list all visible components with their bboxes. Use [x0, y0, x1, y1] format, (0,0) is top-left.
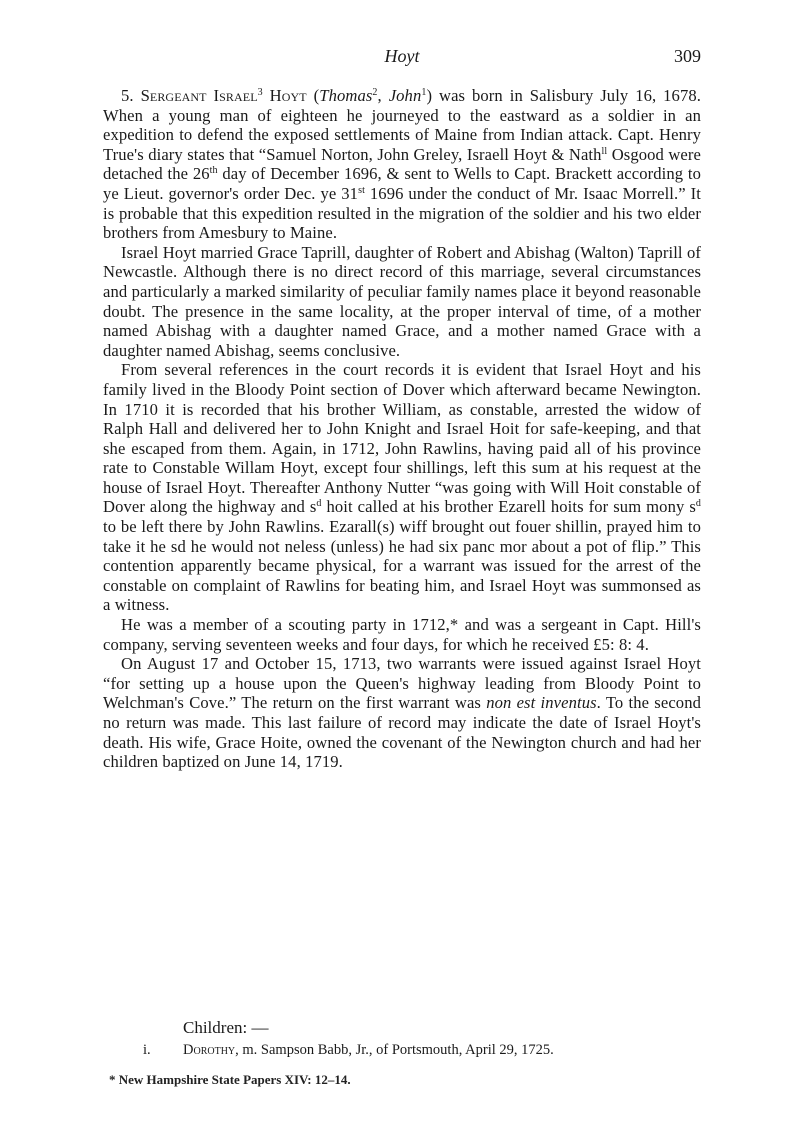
- sup: st: [358, 185, 365, 196]
- sup: th: [210, 165, 218, 176]
- paragraph-warrants: On August 17 and October 15, 1713, two w…: [103, 654, 701, 772]
- entry-rank: Sergeant: [141, 86, 207, 105]
- child-details: , m. Sampson Babb, Jr., of Portsmouth, A…: [235, 1042, 554, 1058]
- running-title: Hoyt: [103, 46, 701, 67]
- running-head: Hoyt 309: [103, 46, 701, 68]
- page-number: 309: [674, 46, 701, 67]
- entry-surname: Hoyt: [270, 86, 307, 105]
- children-heading: Children: —: [183, 1018, 268, 1038]
- lineage-grandfather: John: [389, 86, 422, 105]
- generation-sup: 3: [258, 87, 263, 98]
- entry-number: 5.: [121, 86, 134, 105]
- child-list-item: i.Dorothy, m. Sampson Babb, Jr., of Port…: [143, 1042, 703, 1059]
- text: to be left there by John Rawlins. Ezaral…: [103, 517, 701, 614]
- paragraph-court-records: From several references in the court rec…: [103, 360, 701, 615]
- paragraph-military: He was a member of a scouting party in 1…: [103, 615, 701, 654]
- lineage-father: Thomas: [319, 86, 372, 105]
- generation-sup: 2: [372, 87, 377, 98]
- footnote: * New Hampshire State Papers XIV: 12–14.: [109, 1072, 351, 1088]
- latin-phrase: non est inventus: [486, 693, 596, 712]
- sup: d: [696, 498, 701, 509]
- paragraph-marriage: Israel Hoyt married Grace Taprill, daugh…: [103, 243, 701, 361]
- entry-body: 5. Sergeant Israel3 Hoyt (Thomas2, John1…: [103, 86, 701, 772]
- child-numeral: i.: [143, 1042, 183, 1059]
- footnote-text: New Hampshire State Papers XIV: 12–14.: [119, 1072, 351, 1087]
- footnote-marker: *: [109, 1072, 116, 1087]
- paragraph-birth: 5. Sergeant Israel3 Hoyt (Thomas2, John1…: [103, 86, 701, 243]
- entry-given-name: Israel: [214, 86, 258, 105]
- text: From several references in the court rec…: [103, 360, 701, 516]
- text: hoit called at his brother Ezarell hoits…: [322, 497, 696, 516]
- child-name: Dorothy: [183, 1042, 235, 1058]
